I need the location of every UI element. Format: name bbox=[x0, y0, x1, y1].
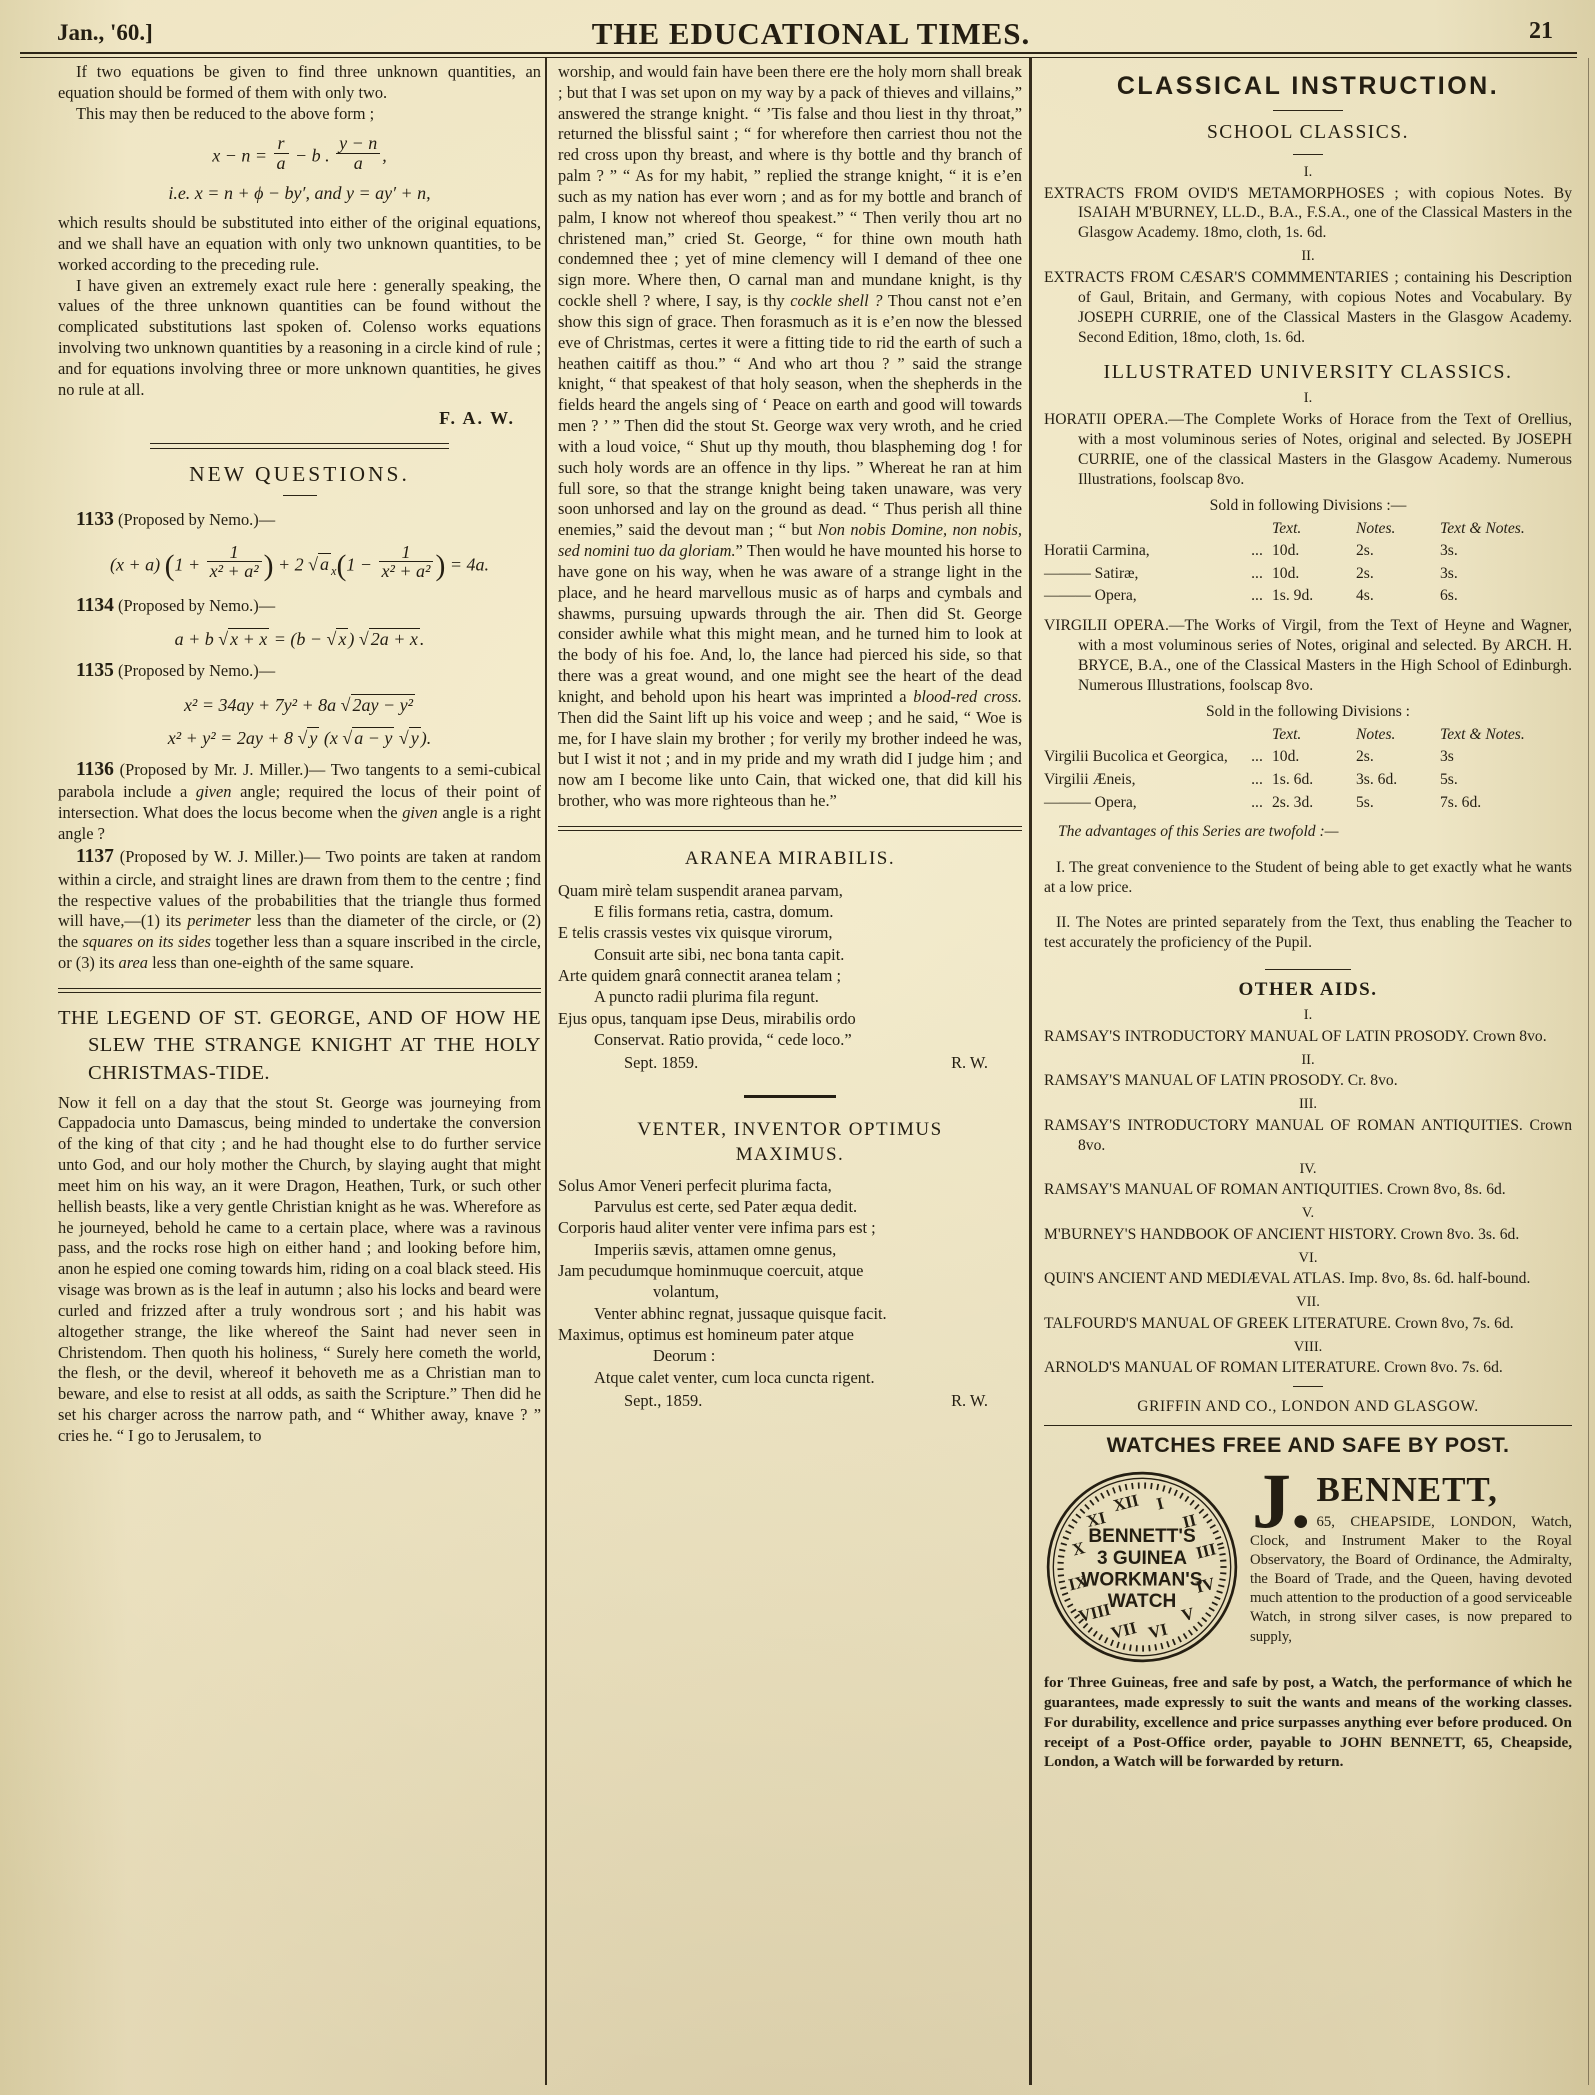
sold-divisions-line: Sold in following Divisions :— bbox=[1044, 496, 1572, 516]
poem-date: Sept. 1859. bbox=[624, 1052, 698, 1073]
legend-title: THE LEGEND OF ST. GEORGE, AND OF HOW HE … bbox=[58, 1005, 541, 1086]
algebra-paragraph-3: which results should be substituted into… bbox=[58, 213, 541, 275]
aid-numeral: II. bbox=[1044, 1051, 1572, 1070]
aid-item: RAMSAY'S INTRODUCTORY MANUAL OF ROMAN AN… bbox=[1044, 1116, 1572, 1156]
poem-line: Ejus opus, tanquam ipse Deus, mirabilis … bbox=[558, 1008, 1022, 1029]
question-1133-intro: 1133 (Proposed by Nemo.)— bbox=[58, 508, 541, 533]
middle-column: worship, and would fain have been there … bbox=[558, 62, 1022, 1411]
ad-virgilii: VIRGILII OPERA.—The Works of Virgil, fro… bbox=[1044, 616, 1572, 696]
equation-ie: i.e. x = n + ϕ − by′, and y = ay′ + n, bbox=[58, 182, 541, 205]
poem-line: Arte quidem gnarâ connectit aranea telam… bbox=[558, 965, 1022, 986]
classical-instruction-title: CLASSICAL INSTRUCTION. bbox=[1044, 70, 1572, 102]
poem-line: volantum, bbox=[558, 1281, 1022, 1302]
table-row: ——— Opera,...2s. 3d.5s.7s. 6d. bbox=[1044, 792, 1572, 815]
advantage-1: I. The great convenience to the Student … bbox=[1044, 858, 1572, 898]
poem-signature-row: Sept. 1859.R. W. bbox=[558, 1050, 1022, 1073]
clock-center-text: 3 GUINEA bbox=[1097, 1548, 1187, 1569]
header-rule bbox=[20, 52, 1577, 58]
poem-signature-row: Sept., 1859.R. W. bbox=[558, 1388, 1022, 1411]
section-dash bbox=[1293, 1386, 1323, 1387]
poem-line: Maximus, optimus est homineum pater atqu… bbox=[558, 1324, 1022, 1345]
poem-author: R. W. bbox=[951, 1052, 988, 1073]
watches-ad-title: WATCHES FREE AND SAFE BY POST. bbox=[1044, 1432, 1572, 1460]
table-row: Horatii Carmina,...10d.2s.3s. bbox=[1044, 540, 1572, 563]
equation-1135b: x² + y² = 2ay + 8 √y (x √a − y √y). bbox=[58, 727, 541, 750]
poem-separator bbox=[744, 1095, 836, 1098]
title-dash bbox=[283, 495, 317, 496]
question-1135-intro: 1135 (Proposed by Nemo.)— bbox=[58, 659, 541, 684]
right-column: CLASSICAL INSTRUCTION. SCHOOL CLASSICS. … bbox=[1044, 62, 1572, 1772]
item-numeral: I. bbox=[1044, 163, 1572, 182]
section-divider bbox=[150, 443, 449, 449]
ad-horatii: HORATII OPERA.—The Complete Works of Hor… bbox=[1044, 410, 1572, 490]
aid-item: TALFOURD'S MANUAL OF GREEK LITERATURE. C… bbox=[1044, 1314, 1572, 1334]
aid-item: RAMSAY'S MANUAL OF LATIN PROSODY. Cr. 8v… bbox=[1044, 1071, 1572, 1091]
clock-numeral: III bbox=[1194, 1540, 1218, 1563]
clock-center-text: WORKMAN'S bbox=[1081, 1570, 1202, 1591]
poem-line: Imperiis sævis, attamen omne genus, bbox=[558, 1239, 1022, 1260]
other-aids-title: OTHER AIDS. bbox=[1044, 978, 1572, 1002]
poem-line: E filis formans retia, castra, domum. bbox=[558, 901, 1022, 922]
aid-item: M'BURNEY'S HANDBOOK OF ANCIENT HISTORY. … bbox=[1044, 1225, 1572, 1245]
legend-paragraph: Now it fell on a day that the stout St. … bbox=[58, 1093, 541, 1447]
title-rule bbox=[1273, 110, 1343, 111]
equation-1134: a + b √x + x = (b − √x) √2a + x. bbox=[58, 628, 541, 651]
aranea-title: ARANEA MIRABILIS. bbox=[558, 847, 1022, 871]
venter-title: VENTER, INVENTOR OPTIMUS MAXIMUS. bbox=[558, 1118, 1022, 1166]
section-rule bbox=[1265, 969, 1351, 970]
clock-numeral: I bbox=[1155, 1494, 1166, 1514]
sold-divisions-line: Sold in the following Divisions : bbox=[1044, 702, 1572, 722]
clock-center-text: BENNETT'S bbox=[1088, 1527, 1195, 1548]
bennett-initial: J. bbox=[1252, 1473, 1311, 1529]
poem-line: Quam mirè telam suspendit aranea parvam, bbox=[558, 880, 1022, 901]
table-row: ——— Satiræ,...10d.2s.3s. bbox=[1044, 563, 1572, 586]
clock-numeral: V bbox=[1180, 1604, 1197, 1626]
poem-divider bbox=[558, 826, 1022, 832]
column-divider-right bbox=[1029, 58, 1032, 2085]
clock-numeral: XII bbox=[1111, 1491, 1141, 1516]
horatii-price-table: Text.Notes.Text & Notes. Horatii Carmina… bbox=[1044, 518, 1572, 608]
poem-line: Deorum : bbox=[558, 1345, 1022, 1366]
aid-item: RAMSAY'S INTRODUCTORY MANUAL OF LATIN PR… bbox=[1044, 1027, 1572, 1047]
aid-numeral: III. bbox=[1044, 1095, 1572, 1114]
poem-line: Solus Amor Veneri perfecit plurima facta… bbox=[558, 1175, 1022, 1196]
clock-numeral: VII bbox=[1109, 1618, 1139, 1643]
poem-line: Corporis haud aliter venter vere infima … bbox=[558, 1217, 1022, 1238]
table-header: Text.Notes.Text & Notes. bbox=[1044, 724, 1572, 747]
article-divider bbox=[58, 988, 541, 994]
poem-line: Conservat. Ratio provida, “ cede loco.” bbox=[558, 1029, 1022, 1050]
column-divider-left bbox=[545, 58, 547, 2085]
workmans-watch-clock-illustration: XII I II III IV V VI VII VIII IX X XI bbox=[1044, 1469, 1240, 1665]
bennett-intro-text: 65, CHEAPSIDE, LONDON, Watch, Clock, and… bbox=[1250, 1514, 1572, 1645]
poem-line: E telis crassis vestes vix quisque viror… bbox=[558, 922, 1022, 943]
new-questions-title: NEW QUESTIONS. bbox=[58, 461, 541, 488]
equation-main: x − n = ra − b . y − na, bbox=[58, 134, 541, 172]
aid-item: RAMSAY'S MANUAL OF ROMAN ANTIQUITIES. Cr… bbox=[1044, 1180, 1572, 1200]
poem-line: Parvulus est certe, sed Pater æqua dedit… bbox=[558, 1196, 1022, 1217]
newspaper-page: Jan., '60.] THE EDUCATIONAL TIMES. 21 If… bbox=[0, 0, 1595, 2095]
left-column: If two equations be given to find three … bbox=[58, 62, 541, 1447]
clock-center-text: WATCH bbox=[1108, 1592, 1177, 1613]
aid-item: ARNOLD'S MANUAL OF ROMAN LITERATURE. Cro… bbox=[1044, 1358, 1572, 1378]
ad-ovid: EXTRACTS FROM OVID'S METAMORPHOSES ; wit… bbox=[1044, 184, 1572, 244]
poem-line: A puncto radii plurima fila regunt. bbox=[558, 986, 1022, 1007]
item-numeral: II. bbox=[1044, 247, 1572, 266]
aid-numeral: V. bbox=[1044, 1204, 1572, 1223]
algebra-paragraph-4: I have given an extremely exact rule her… bbox=[58, 276, 541, 401]
page-header: Jan., '60.] THE EDUCATIONAL TIMES. 21 bbox=[57, 16, 1565, 52]
table-header: Text.Notes.Text & Notes. bbox=[1044, 518, 1572, 541]
publisher-line: GRIFFIN AND CO., LONDON AND GLASGOW. bbox=[1044, 1397, 1572, 1417]
aranea-poem: Quam mirè telam suspendit aranea parvam,… bbox=[558, 880, 1022, 1074]
virgilii-price-table: Text.Notes.Text & Notes. Virgilii Bucoli… bbox=[1044, 724, 1572, 814]
aid-numeral: I. bbox=[1044, 1006, 1572, 1025]
equation-1133: (x + a) (1 + 1x² + a²) + 2 √ax(1 − 1x² +… bbox=[58, 543, 541, 586]
subtitle-dash bbox=[1293, 154, 1323, 155]
poem-line: Atque calet venter, cum loca cuncta rige… bbox=[558, 1367, 1022, 1388]
legend-continuation: worship, and would fain have been there … bbox=[558, 62, 1022, 812]
school-classics-title: SCHOOL CLASSICS. bbox=[1044, 121, 1572, 146]
poem-line: Jam pecudumque hominmuque coercuit, atqu… bbox=[558, 1260, 1022, 1281]
algebra-paragraph-1: If two equations be given to find three … bbox=[58, 62, 541, 104]
bennett-ad-body: for Three Guineas, free and safe by post… bbox=[1044, 1667, 1572, 1772]
table-row: Virgilii Bucolica et Georgica,...10d.2s.… bbox=[1044, 746, 1572, 769]
ad-separator-rule bbox=[1044, 1425, 1572, 1426]
advantages-title: The advantages of this Series are twofol… bbox=[1044, 822, 1572, 842]
bennett-ad: XII I II III IV V VI VII VIII IX X XI bbox=[1044, 1467, 1572, 1772]
venter-poem: Solus Amor Veneri perfecit plurima facta… bbox=[558, 1175, 1022, 1412]
clock-numeral: VI bbox=[1146, 1620, 1169, 1643]
bennett-name: BENNETT, bbox=[1317, 1470, 1498, 1509]
clock-numeral: X bbox=[1070, 1538, 1087, 1560]
aid-item: QUIN'S ANCIENT AND MEDIÆVAL ATLAS. Imp. … bbox=[1044, 1269, 1572, 1289]
aid-numeral: VIII. bbox=[1044, 1338, 1572, 1357]
advantage-2: II. The Notes are printed separately fro… bbox=[1044, 913, 1572, 953]
equation-1135a: x² = 34ay + 7y² + 8a √2ay − y² bbox=[58, 694, 541, 717]
page-number: 21 bbox=[1529, 18, 1553, 45]
aid-numeral: VI. bbox=[1044, 1249, 1572, 1268]
page-edge-line bbox=[1588, 58, 1589, 2085]
page-title: THE EDUCATIONAL TIMES. bbox=[57, 16, 1565, 52]
item-numeral: I. bbox=[1044, 389, 1572, 408]
aid-numeral: IV. bbox=[1044, 1160, 1572, 1179]
poem-line: Consuit arte sibi, nec bona tanta capit. bbox=[558, 944, 1022, 965]
question-1136: 1136 (Proposed by Mr. J. Miller.)— Two t… bbox=[58, 758, 541, 845]
question-1137: 1137 (Proposed by W. J. Miller.)— Two po… bbox=[58, 845, 541, 974]
author-signature: F. A. W. bbox=[58, 407, 541, 430]
poem-date: Sept., 1859. bbox=[624, 1390, 702, 1411]
table-row: Virgilii Æneis,...1s. 6d.3s. 6d.5s. bbox=[1044, 769, 1572, 792]
aid-numeral: VII. bbox=[1044, 1293, 1572, 1312]
table-row: ——— Opera,...1s. 9d.4s.6s. bbox=[1044, 585, 1572, 608]
algebra-paragraph-2: This may then be reduced to the above fo… bbox=[58, 104, 541, 125]
poem-line: Venter abhinc regnat, jussaque quisque f… bbox=[558, 1303, 1022, 1324]
poem-author: R. W. bbox=[951, 1390, 988, 1411]
ad-caesar: EXTRACTS FROM CÆSAR'S COMMMENTARIES ; co… bbox=[1044, 268, 1572, 348]
question-1134-intro: 1134 (Proposed by Nemo.)— bbox=[58, 594, 541, 619]
illustrated-classics-title: ILLUSTRATED UNIVERSITY CLASSICS. bbox=[1044, 360, 1572, 386]
